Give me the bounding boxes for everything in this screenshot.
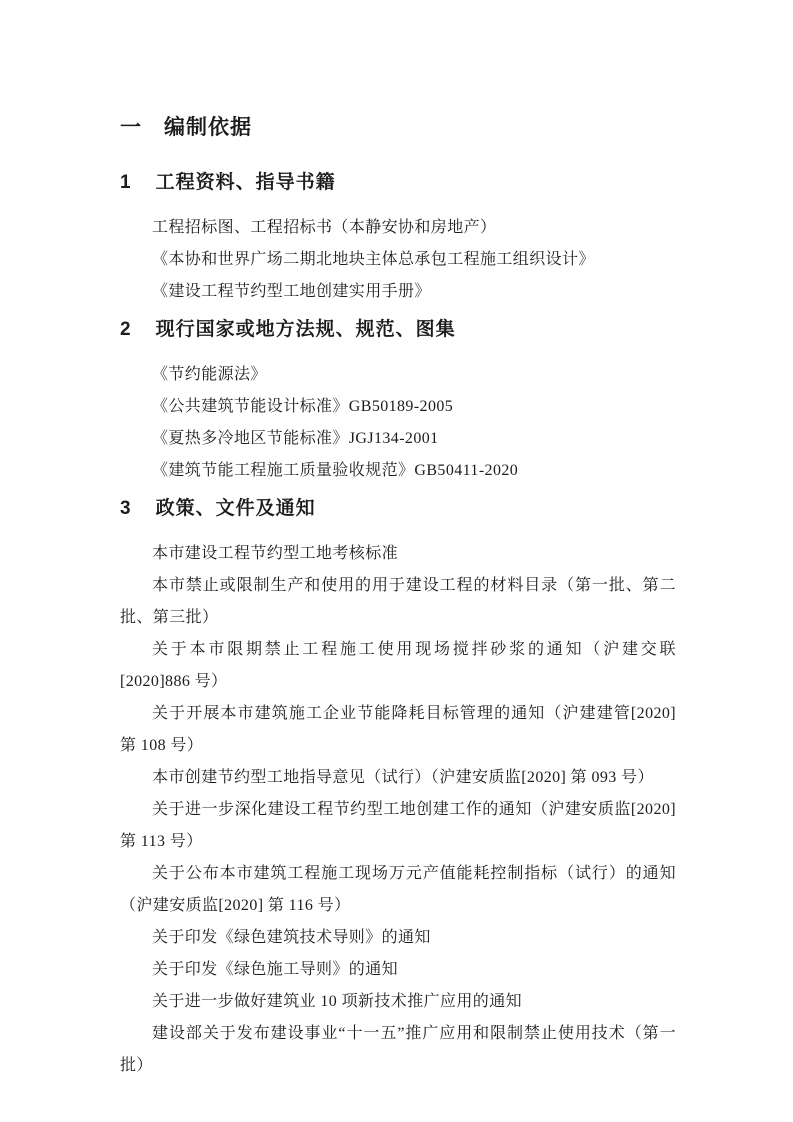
section-title: 现行国家或地方法规、规范、图集	[156, 319, 456, 340]
section-number: 2	[120, 317, 132, 343]
paragraph: 建设部关于发布建设事业“十一五”推广应用和限制禁止使用技术（第一批）	[120, 1018, 676, 1082]
paragraph: 《建设工程节约型工地创建实用手册》	[120, 276, 676, 308]
paragraph: 《公共建筑节能设计标准》GB50189-2005	[120, 391, 676, 423]
section-heading: 2现行国家或地方法规、规范、图集	[120, 317, 676, 343]
paragraph: 《建筑节能工程施工质量验收规范》GB50411-2020	[120, 455, 676, 487]
paragraph: 本市建设工程节约型工地考核标准	[120, 538, 676, 570]
paragraph: 关于进一步深化建设工程节约型工地创建工作的通知（沪建安质监[2020] 第 11…	[120, 794, 676, 858]
chapter-heading: 一编制依据	[120, 112, 676, 142]
paragraph: 关于开展本市建筑施工企业节能降耗目标管理的通知（沪建建管[2020] 第 108…	[120, 698, 676, 762]
paragraph: 工程招标图、工程招标书（本静安协和房地产）	[120, 212, 676, 244]
paragraph: 《夏热多冷地区节能标准》JGJ134-2001	[120, 423, 676, 455]
section-2: 2现行国家或地方法规、规范、图集《节约能源法》《公共建筑节能设计标准》GB501…	[120, 317, 676, 487]
section-title: 工程资料、指导书籍	[156, 172, 336, 193]
paragraph: 关于公布本市建筑工程施工现场万元产值能耗控制指标（试行）的通知（沪建安质监[20…	[120, 858, 676, 922]
paragraph: 关于印发《绿色施工导则》的通知	[120, 954, 676, 986]
section-3: 3政策、文件及通知本市建设工程节约型工地考核标准本市禁止或限制生产和使用的用于建…	[120, 496, 676, 1082]
chapter-title: 编制依据	[164, 115, 252, 139]
paragraph: 关于进一步做好建筑业 10 项新技术推广应用的通知	[120, 986, 676, 1018]
paragraph: 本市创建节约型工地指导意见（试行）（沪建安质监[2020] 第 093 号）	[120, 762, 676, 794]
section-heading: 1工程资料、指导书籍	[120, 170, 676, 196]
paragraph: 本市禁止或限制生产和使用的用于建设工程的材料目录（第一批、第二批、第三批）	[120, 570, 676, 634]
section-1: 1工程资料、指导书籍工程招标图、工程招标书（本静安协和房地产）《本协和世界广场二…	[120, 170, 676, 308]
chapter-number: 一	[120, 112, 142, 142]
paragraph: 关于印发《绿色建筑技术导则》的通知	[120, 922, 676, 954]
section-number: 3	[120, 496, 132, 522]
section-title: 政策、文件及通知	[156, 498, 316, 519]
section-number: 1	[120, 170, 132, 196]
section-heading: 3政策、文件及通知	[120, 496, 676, 522]
paragraph: 关于本市限期禁止工程施工使用现场搅拌砂浆的通知（沪建交联[2020]886 号）	[120, 634, 676, 698]
document-page: 一编制依据 1工程资料、指导书籍工程招标图、工程招标书（本静安协和房地产）《本协…	[0, 0, 793, 1122]
paragraph: 《本协和世界广场二期北地块主体总承包工程施工组织设计》	[120, 244, 676, 276]
sections-container: 1工程资料、指导书籍工程招标图、工程招标书（本静安协和房地产）《本协和世界广场二…	[120, 170, 676, 1082]
paragraph: 《节约能源法》	[120, 359, 676, 391]
